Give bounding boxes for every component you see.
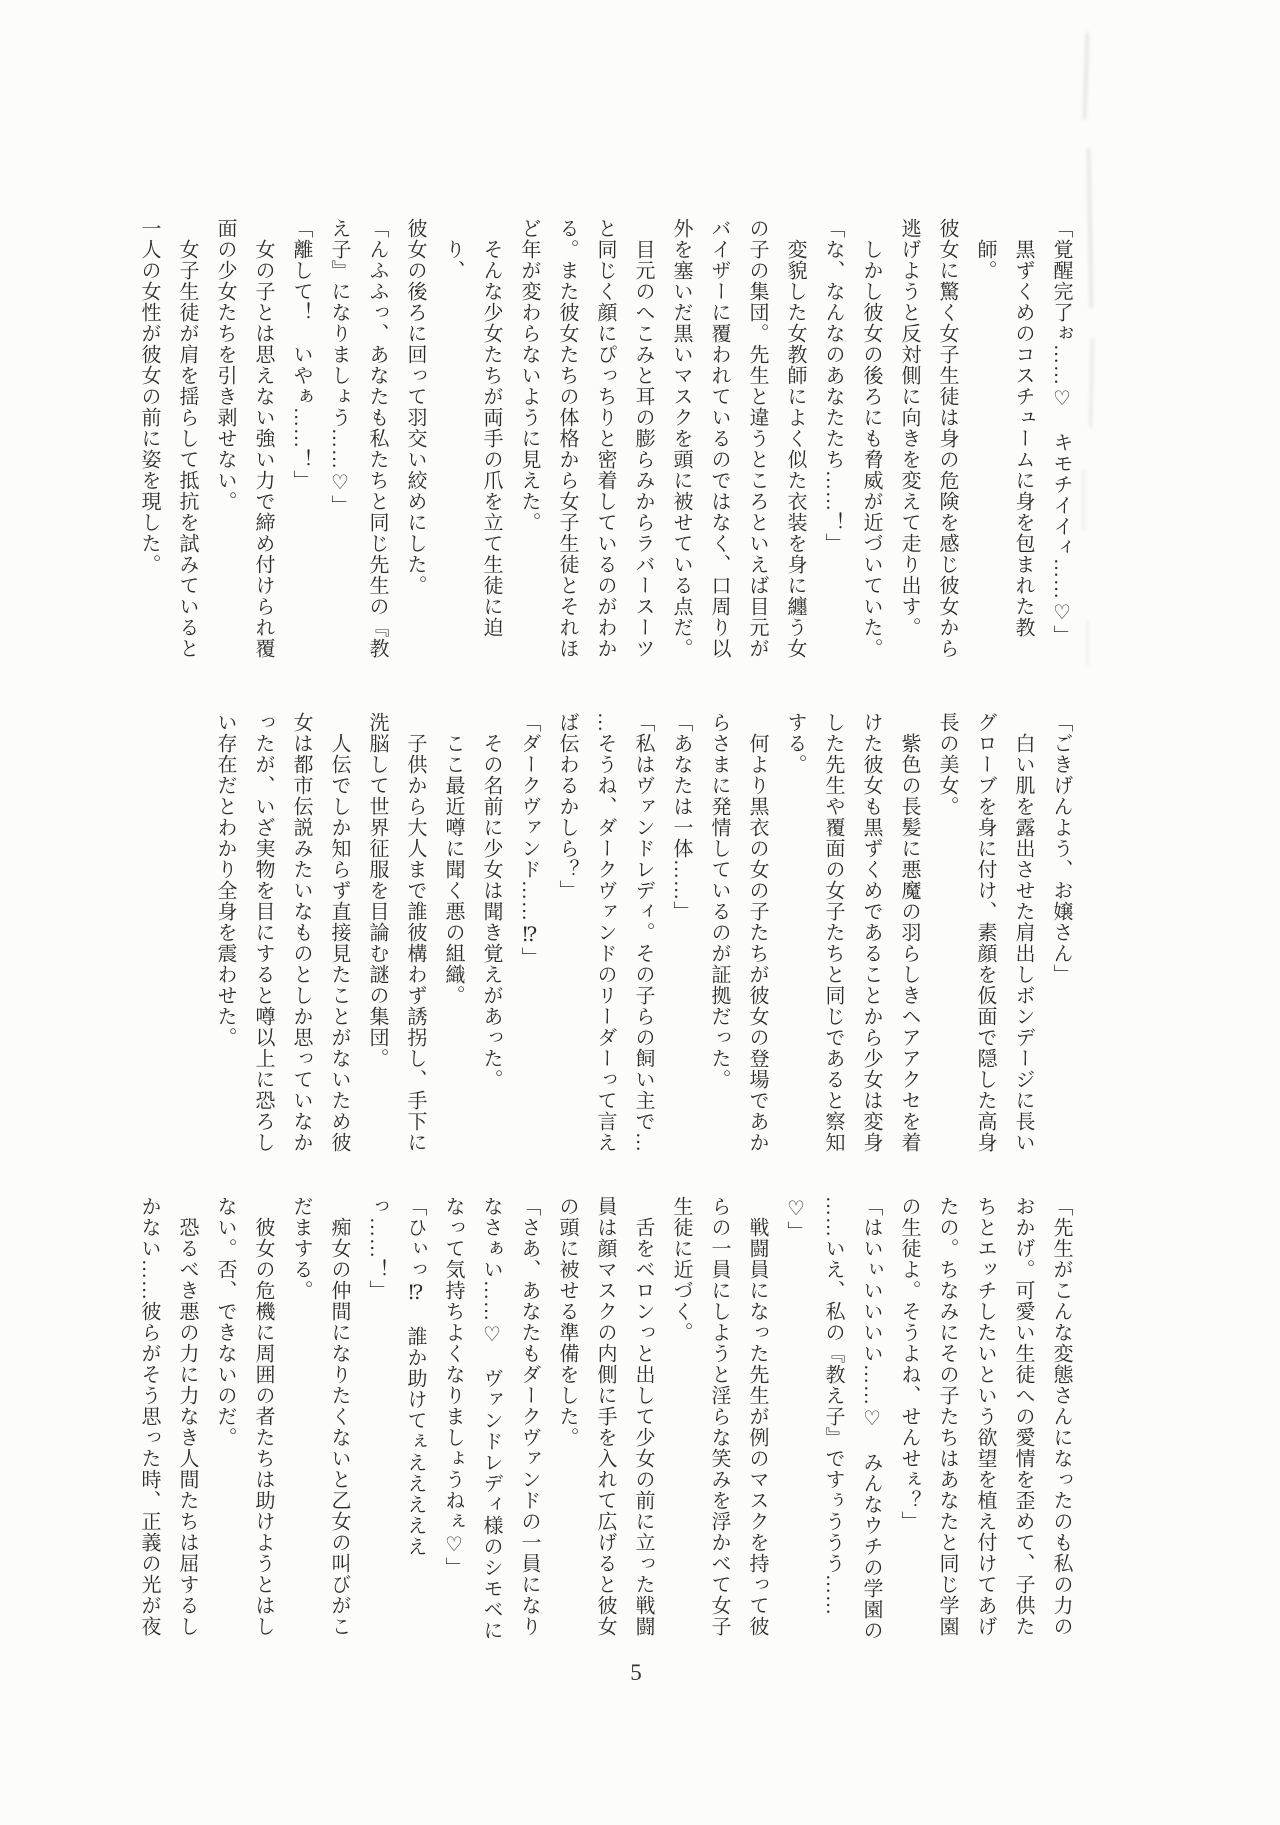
text-column: 恐るべき悪の力に力なき人間たちは屈するし	[168, 1196, 206, 1642]
text-column: 「あなたは一体……」	[662, 712, 700, 1158]
text-column: らさまに発情しているのが証拠だった。	[700, 712, 738, 1158]
text-band-middle: 「ごきげんよう、お嬢さん」白い肌を露出させた肩出しボンデージに長いグローブを身に…	[206, 712, 1080, 1172]
text-column: する。	[776, 712, 814, 1158]
text-column: 生徒に近づく。	[662, 1196, 700, 1642]
scan-artifact	[1089, 338, 1094, 428]
text-column: 女子生徒が肩を揺らして抵抗を試みていると	[168, 218, 206, 664]
text-column: 紫色の長髪に悪魔の羽らしきヘアアクセを着	[890, 712, 928, 1158]
text-column: 女の子とは思えない強い力で締め付けられ覆	[244, 218, 282, 664]
text-column: 子供から大人まで誰彼構わず誘拐し、手下に	[396, 712, 434, 1158]
text-column: その名前に少女は聞き覚えがあった。	[472, 712, 510, 1158]
text-band-bottom: 「先生がこんな変態さんになったのも私の力のおかげ。可愛い生徒への愛情を歪めて、子…	[130, 1196, 1080, 1656]
text-column: 「私はヴァンドレディ。その子らの飼い主で…	[624, 712, 662, 1158]
text-column: 「先生がこんな変態さんになったのも私の力の	[1042, 1196, 1080, 1642]
text-column: 何より黒衣の女の子たちが彼女の登場であか	[738, 712, 776, 1158]
text-column: 外を塞いだ黒いマスクを頭に被せている点だ。	[662, 218, 700, 664]
text-column: 「はいぃいいいい……♡ みんなウチの学園の	[852, 1196, 890, 1642]
text-column: なさぁい……♡ ヴァンドレディ様のシモベに	[472, 1196, 510, 1642]
text-column: 洗脳して世界征服を目論む謎の集団。	[358, 712, 396, 1158]
text-column: だまする。	[282, 1196, 320, 1642]
text-column: した先生や覆面の女子たちと同じであると察知	[814, 712, 852, 1158]
text-column: る。また彼女たちの体格から女子生徒とそれほ	[548, 218, 586, 664]
text-column: 痴女の仲間になりたくないと乙女の叫びがこ	[320, 1196, 358, 1642]
text-column: 彼女に驚く女子生徒は身の危険を感じ彼女から	[928, 218, 966, 664]
text-column: グローブを身に付け、素顔を仮面で隠した高身	[966, 712, 1004, 1158]
text-column: 「離して！ いやぁ……！」	[282, 218, 320, 664]
text-column: ば伝わるかしら？」	[548, 712, 586, 1158]
text-column: そんな少女たちが両手の爪を立て生徒に迫り、	[434, 218, 510, 664]
text-column: 白い肌を露出させた肩出しボンデージに長い	[1004, 712, 1042, 1158]
text-column: しかし彼女の後ろにも脅威が近づいていた。	[852, 218, 890, 664]
text-column: …そうね、ダークヴァンドのリーダーって言え	[586, 712, 624, 1158]
text-column: 女は都市伝説みたいなものとしか思っていなか	[282, 712, 320, 1158]
text-column: 一人の女性が彼女の前に姿を現した。	[130, 218, 168, 664]
text-column: の頭に被せる準備をした。	[548, 1196, 586, 1642]
scan-artifact	[1086, 620, 1089, 666]
text-column: ど年が変わらないように見えた。	[510, 218, 548, 664]
text-band-top: 「覚醒完了ぉ……♡ キモチイイィ……♡」黒ずくめのコスチュームに身を包まれた教師…	[130, 218, 1080, 678]
text-column: ちとエッチしたいという欲望を植え付けてあげ	[966, 1196, 1004, 1642]
text-column: 彼女の危機に周囲の者たちは助けようとはし	[244, 1196, 282, 1642]
text-column: 「んふふっ、あなたも私たちと同じ先生の『教	[358, 218, 396, 664]
text-column: 戦闘員になった先生が例のマスクを持って彼	[738, 1196, 776, 1642]
text-column: 変貌した女教師によく似た衣装を身に纏う女	[776, 218, 814, 664]
text-column: え子』になりましょう……♡」	[320, 218, 358, 664]
text-column: 人伝でしか知らず直接見たことがないため彼	[320, 712, 358, 1158]
text-column: おかげ。可愛い生徒への愛情を歪めて、子供た	[1004, 1196, 1042, 1642]
text-column: い存在だとわかり全身を震わせた。	[206, 712, 244, 1158]
scan-artifact	[1082, 32, 1089, 120]
text-column: たの。ちなみにその子たちはあなたと同じ学園	[928, 1196, 966, 1642]
scan-artifact	[1082, 470, 1085, 530]
text-column: 目元のへこみと耳の膨らみからラバースーツ	[624, 218, 662, 664]
text-column: らの一員にしようと淫らな笑みを浮かべて女子	[700, 1196, 738, 1642]
text-column: と同じく顔にぴっちりと密着しているのがわか	[586, 218, 624, 664]
text-column: ったが、いざ実物を目にすると噂以上に恐ろし	[244, 712, 282, 1158]
scan-artifact	[1087, 148, 1094, 308]
page-number: 5	[616, 1660, 656, 1686]
document-page: 「覚醒完了ぉ……♡ キモチイイィ……♡」黒ずくめのコスチュームに身を包まれた教師…	[0, 0, 1280, 1825]
text-column: かない……彼らがそう思った時、正義の光が夜	[130, 1196, 168, 1642]
text-column: 黒ずくめのコスチュームに身を包まれた教師。	[966, 218, 1042, 664]
text-column: 「ひぃっ⁉ 誰か助けてぇえええええっ……！」	[358, 1196, 434, 1642]
text-column: 「覚醒完了ぉ……♡ キモチイイィ……♡」	[1042, 218, 1080, 664]
text-column: 員は顔マスクの内側に手を入れて広げると彼女	[586, 1196, 624, 1642]
text-column: 面の少女たちを引き剥せない。	[206, 218, 244, 664]
text-column: の生徒よ。そうよね、せんせぇ？」	[890, 1196, 928, 1642]
text-column: 「な、なんなのあなたたち……！」	[814, 218, 852, 664]
text-column: 逃げようと反対側に向きを変えて走り出す。	[890, 218, 928, 664]
text-column: 「ダークヴァンド……⁉」	[510, 712, 548, 1158]
text-column: 長の美女。	[928, 712, 966, 1158]
text-column: 彼女の後ろに回って羽交い絞めにした。	[396, 218, 434, 664]
text-column: 舌をベロンっと出して少女の前に立った戦闘	[624, 1196, 662, 1642]
text-column: ここ最近噂に聞く悪の組織。	[434, 712, 472, 1158]
text-column: の子の集団。先生と違うところといえば目元が	[738, 218, 776, 664]
text-column: バイザーに覆われているのではなく、口周り以	[700, 218, 738, 664]
text-column: けた彼女も黒ずくめであることから少女は変身	[852, 712, 890, 1158]
text-column: なって気持ちよくなりましょうねぇ♡」	[434, 1196, 472, 1642]
text-column: 「ごきげんよう、お嬢さん」	[1042, 712, 1080, 1158]
text-column: ……いえ、私の『教え子』ですぅううう……♡」	[776, 1196, 852, 1642]
text-column: ない。否、できないのだ。	[206, 1196, 244, 1642]
text-column: 「さあ、あなたもダークヴァンドの一員になり	[510, 1196, 548, 1642]
